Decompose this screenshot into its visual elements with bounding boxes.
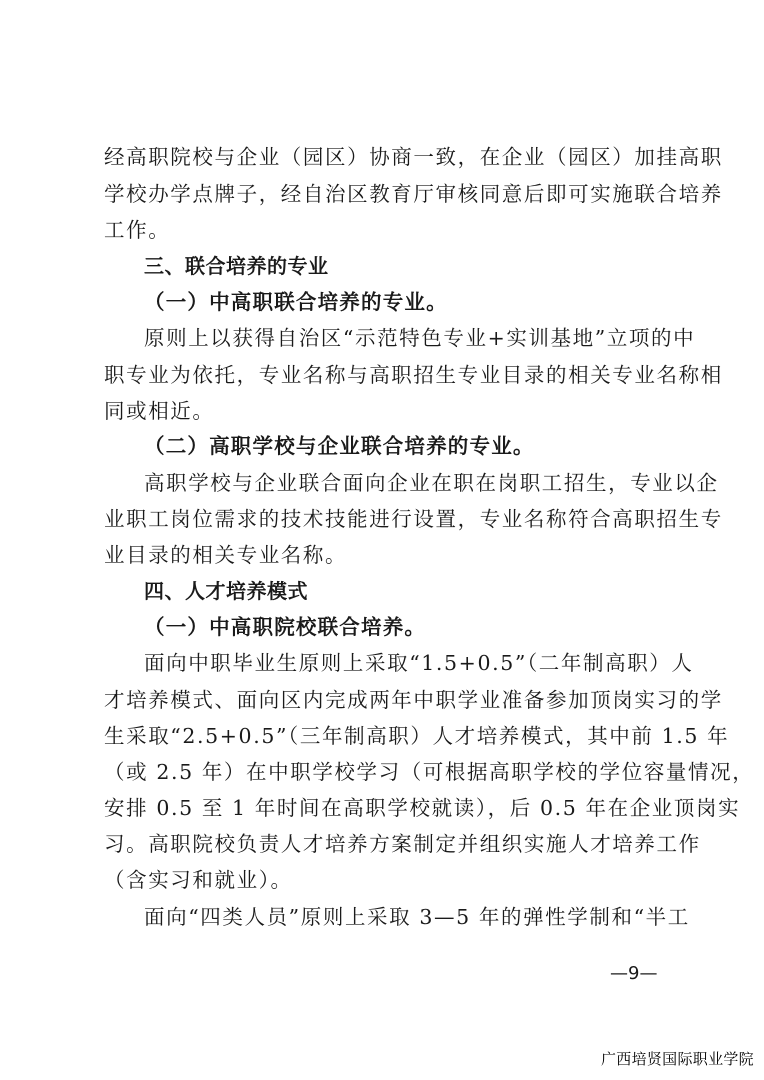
- paragraph-line: 职专业为依托，专业名称与高职招生专业目录的相关专业名称相: [104, 361, 674, 389]
- paragraph-line: 原则上以获得自治区“示范特色专业+实训基地”立项的中: [144, 324, 714, 352]
- source-watermark: 广西培贤国际职业学院: [601, 1048, 754, 1069]
- subsection-heading: （一）中高职联合培养的专业。: [144, 288, 714, 316]
- paragraph-line: （或 2.5 年）在中职学校学习（可根据高职学校的学位容量情况，: [104, 758, 674, 786]
- paragraph-line: 习。高职院校负责人才培养方案制定并组织实施人才培养工作: [104, 830, 674, 858]
- paragraph-line: 安排 0.5 至 1 年时间在高职学校就读），后 0.5 年在企业顶岗实: [104, 794, 674, 822]
- paragraph-line: 业目录的相关专业名称。: [104, 541, 674, 569]
- paragraph-line: 高职学校与企业联合面向企业在职在岗职工招生，专业以企: [144, 469, 714, 497]
- paragraph-line: 生采取“2.5+0.5”（三年制高职）人才培养模式，其中前 1.5 年: [104, 722, 674, 750]
- paragraph-line: 工作。: [104, 216, 674, 244]
- section-heading-3: 三、联合培养的专业: [144, 252, 714, 280]
- paragraph-line: 面向中职毕业生原则上采取“1.5+0.5”（二年制高职）人: [144, 649, 714, 677]
- paragraph-line: （含实习和就业）。: [104, 866, 674, 894]
- section-heading-4: 四、人才培养模式: [144, 577, 714, 605]
- document-page: 经高职院校与企业（园区）协商一致，在企业（园区）加挂高职 学校办学点牌子，经自治…: [0, 0, 764, 1080]
- subsection-heading: （二）高职学校与企业联合培养的专业。: [144, 432, 714, 460]
- paragraph-line: 经高职院校与企业（园区）协商一致，在企业（园区）加挂高职: [104, 143, 674, 171]
- paragraph-line: 学校办学点牌子，经自治区教育厅审核同意后即可实施联合培养: [104, 180, 674, 208]
- paragraph-line: 同或相近。: [104, 397, 674, 425]
- paragraph-line: 业职工岗位需求的技术技能进行设置，专业名称符合高职招生专: [104, 505, 674, 533]
- paragraph-line: 面向“四类人员”原则上采取 3—5 年的弹性学制和“半工: [144, 903, 714, 931]
- subsection-heading: （一）中高职院校联合培养。: [144, 613, 714, 641]
- paragraph-line: 才培养模式、面向区内完成两年中职学业准备参加顶岗实习的学: [104, 686, 674, 714]
- page-number: —9—: [610, 963, 657, 984]
